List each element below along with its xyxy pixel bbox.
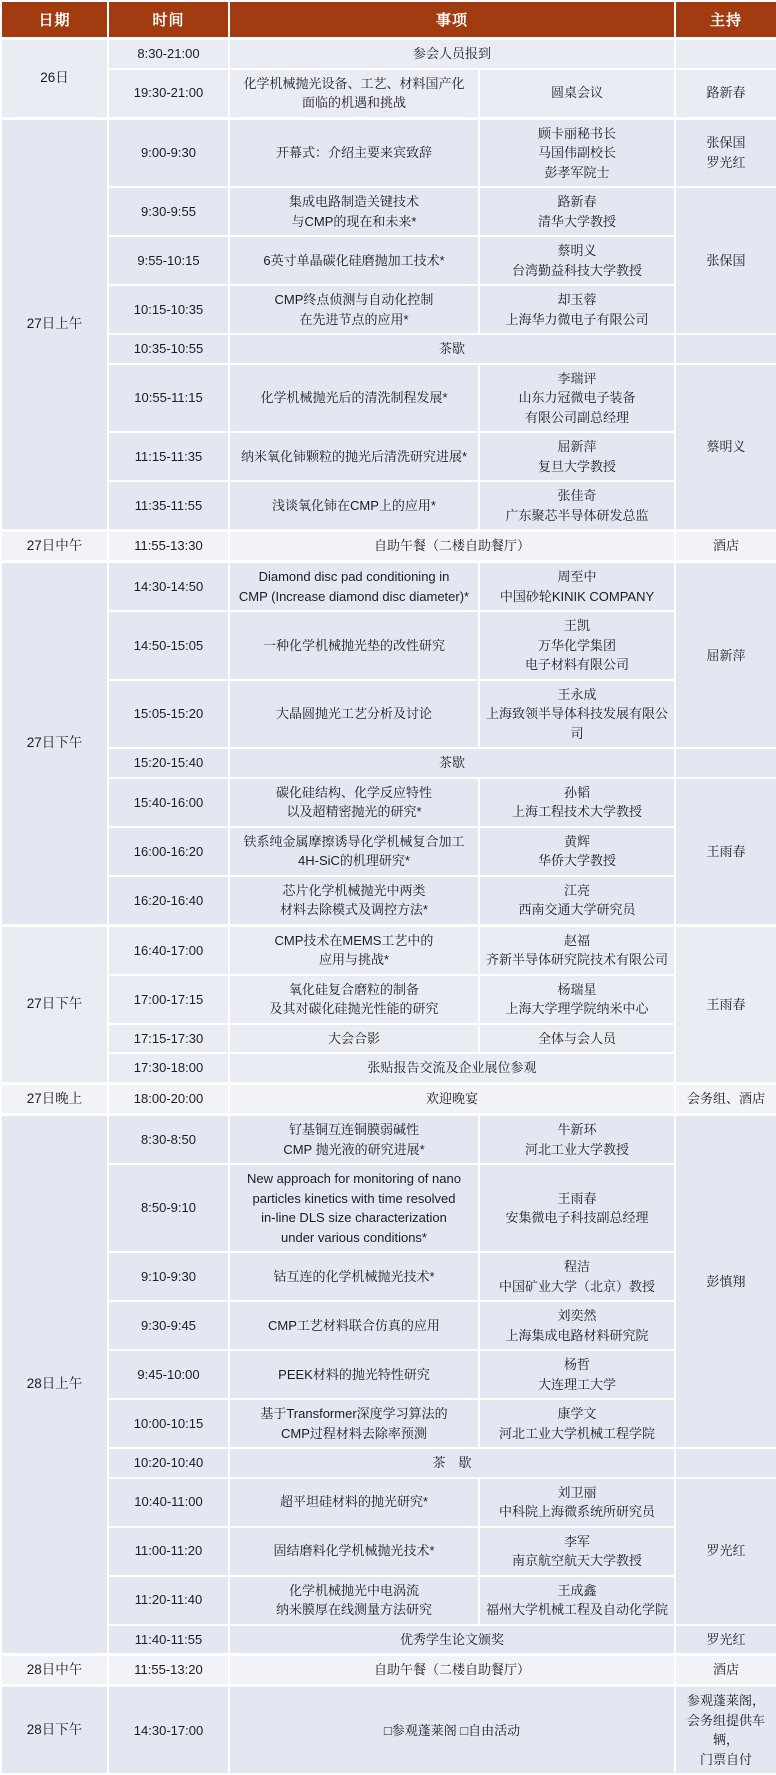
host-line: 张保国	[682, 251, 770, 271]
event-line: 优秀学生论文颁奖	[236, 1630, 668, 1650]
speaker-line: 中科院上海微系统所研究员	[486, 1502, 668, 1522]
host-line: 罗光红	[682, 153, 770, 173]
schedule-row: 11:35-11:55浅谈氧化铈在CMP上的应用*张佳奇广东聚芯半导体研发总监	[1, 481, 776, 531]
speaker-cell: 蔡明义台湾勤益科技大学教授	[479, 236, 675, 285]
time-cell: 10:35-10:55	[108, 334, 229, 364]
schedule-row: 15:20-15:40茶歇	[1, 748, 776, 778]
event-cell: 一种化学机械抛光垫的改性研究	[229, 611, 479, 680]
schedule-row: 10:00-10:15基于Transformer深度学习算法的CMP过程材料去除…	[1, 1399, 776, 1448]
column-header-event: 事项	[229, 1, 675, 39]
time-cell: 11:20-11:40	[108, 1576, 229, 1625]
speaker-cell: 黄辉华侨大学教授	[479, 827, 675, 876]
event-line: 自助午餐（二楼自助餐厅）	[236, 1660, 668, 1680]
schedule-row: 9:30-9:45CMP工艺材料联合仿真的应用刘奕然上海集成电路材料研究院	[1, 1301, 776, 1350]
date-cell: 28日中午	[1, 1655, 108, 1686]
speaker-cell: 王雨春安集微电子科技副总经理	[479, 1164, 675, 1252]
speaker-line: 中国矿业大学（北京）教授	[486, 1277, 668, 1297]
speaker-line: 顾卡丽秘书长	[486, 124, 668, 144]
speaker-line: 杨瑞星	[486, 980, 668, 1000]
event-line: 化学机械抛光中电涡流	[236, 1581, 472, 1601]
time-cell: 15:20-15:40	[108, 748, 229, 778]
host-cell: 酒店	[675, 1655, 776, 1686]
speaker-line: 江亮	[486, 881, 668, 901]
host-line: 王雨春	[682, 842, 770, 862]
host-line: 张保国	[682, 133, 770, 153]
speaker-cell: 刘卫丽中科院上海微系统所研究员	[479, 1478, 675, 1527]
event-line: 张贴报告交流及企业展位参观	[236, 1058, 668, 1078]
host-cell: 罗光红	[675, 1625, 776, 1655]
schedule-row: 16:20-16:40芯片化学机械抛光中两类材料去除模式及调控方法*江亮西南交通…	[1, 876, 776, 926]
time-cell: 17:15-17:30	[108, 1024, 229, 1054]
host-cell: 罗光红	[675, 1478, 776, 1625]
time-cell: 15:40-16:00	[108, 778, 229, 827]
event-cell: 集成电路制造关键技术与CMP的现在和未来*	[229, 187, 479, 236]
column-header-date: 日期	[1, 1, 108, 39]
event-cell: 茶歇	[229, 748, 675, 778]
host-line: 王雨春	[682, 995, 770, 1015]
event-cell: 欢迎晚宴	[229, 1083, 675, 1114]
event-line: New approach for monitoring of nano	[236, 1169, 472, 1189]
event-line: 碳化硅结构、化学反应特性	[236, 783, 472, 803]
date-cell: 27日下午	[1, 925, 108, 1083]
speaker-line: 南京航空航天大学教授	[486, 1551, 668, 1571]
host-cell: 屈新萍	[675, 562, 776, 749]
event-line: 钴互连的化学机械抛光技术*	[236, 1267, 472, 1287]
time-cell: 17:30-18:00	[108, 1053, 229, 1083]
time-cell: 8:50-9:10	[108, 1164, 229, 1252]
speaker-line: 福州大学机械工程及自动化学院	[486, 1600, 668, 1620]
speaker-line: 蔡明义	[486, 241, 668, 261]
speaker-line: 有限公司副总经理	[486, 408, 668, 428]
table-header: 日期 时间 事项 主持	[1, 1, 776, 39]
host-line: 罗光红	[682, 1541, 770, 1561]
header-row: 日期 时间 事项 主持	[1, 1, 776, 39]
host-line: 会务组、酒店	[682, 1089, 770, 1109]
speaker-cell: 王凯万华化学集团电子材料有限公司	[479, 611, 675, 680]
event-line: CMP (Increase diamond disc diameter)*	[236, 587, 472, 607]
event-line: 浅谈氧化铈在CMP上的应用*	[236, 496, 472, 516]
speaker-cell: 周至中中国砂轮KINIK COMPANY	[479, 562, 675, 612]
speaker-line: 上海致领半导体科技发展有限公司	[486, 704, 668, 743]
speaker-line: 杨哲	[486, 1355, 668, 1375]
schedule-row: 27日下午16:40-17:00CMP技术在MEMS工艺中的应用与挑战*赵福齐新…	[1, 925, 776, 975]
event-cell: 自助午餐（二楼自助餐厅）	[229, 1655, 675, 1686]
speaker-line: 刘奕然	[486, 1306, 668, 1326]
schedule-row: 11:00-11:20固结磨料化学机械抛光技术*李军南京航空航天大学教授	[1, 1527, 776, 1576]
speaker-cell: 却玉蓉上海华力微电子有限公司	[479, 285, 675, 334]
event-cell: 氧化硅复合磨粒的制备及其对碳化硅抛光性能的研究	[229, 975, 479, 1024]
event-cell: 参会人员报到	[229, 39, 675, 69]
event-line: CMP 抛光液的研究进展*	[236, 1140, 472, 1160]
schedule-row: 10:15-10:35CMP终点侦测与自动化控制在先进节点的应用*却玉蓉上海华力…	[1, 285, 776, 334]
event-cell: 钴互连的化学机械抛光技术*	[229, 1252, 479, 1301]
speaker-cell: 孙韬上海工程技术大学教授	[479, 778, 675, 827]
host-cell: 王雨春	[675, 925, 776, 1083]
event-cell: 6英寸单晶碳化硅磨抛加工技术*	[229, 236, 479, 285]
event-line: 纳米膜厚在线测量方法研究	[236, 1600, 472, 1620]
event-line: 氧化硅复合磨粒的制备	[236, 980, 472, 1000]
column-header-host: 主持	[675, 1, 776, 39]
speaker-line: 李瑞评	[486, 369, 668, 389]
schedule-row: 9:30-9:55集成电路制造关键技术与CMP的现在和未来*路新春清华大学教授张…	[1, 187, 776, 236]
host-line: 酒店	[682, 1660, 770, 1680]
host-cell: 蔡明义	[675, 364, 776, 531]
speaker-line: 台湾勤益科技大学教授	[486, 261, 668, 281]
speaker-line: 上海大学理学院纳米中心	[486, 999, 668, 1019]
speaker-line: 刘卫丽	[486, 1483, 668, 1503]
event-cell: 浅谈氧化铈在CMP上的应用*	[229, 481, 479, 531]
event-cell: 自助午餐（二楼自助餐厅）	[229, 531, 675, 562]
host-line: 参观蓬莱阁，	[682, 1691, 770, 1711]
speaker-cell: 刘奕然上海集成电路材料研究院	[479, 1301, 675, 1350]
date-cell: 27日下午	[1, 562, 108, 926]
speaker-line: 山东力冠微电子装备	[486, 388, 668, 408]
speaker-line: 牛新环	[486, 1120, 668, 1140]
event-line: PEEK材料的抛光特性研究	[236, 1365, 472, 1385]
event-line: 6英寸单晶碳化硅磨抛加工技术*	[236, 251, 472, 271]
speaker-line: 王成鑫	[486, 1581, 668, 1601]
schedule-row: 17:15-17:30大会合影全体与会人员	[1, 1024, 776, 1054]
event-line: 钌基铜互连铜膜弱碱性	[236, 1120, 472, 1140]
speaker-line: 广东聚芯半导体研发总监	[486, 506, 668, 526]
event-line: 以及超精密抛光的研究*	[236, 802, 472, 822]
speaker-line: 齐新半导体研究院技术有限公司	[486, 950, 668, 970]
speaker-line: 中国砂轮KINIK COMPANY	[486, 587, 668, 607]
schedule-row: 10:35-10:55茶歇	[1, 334, 776, 364]
time-cell: 11:00-11:20	[108, 1527, 229, 1576]
time-cell: 14:30-14:50	[108, 562, 229, 612]
event-line: □参观蓬莱阁 □自由活动	[236, 1721, 668, 1741]
event-cell: 基于Transformer深度学习算法的CMP过程材料去除率预测	[229, 1399, 479, 1448]
speaker-cell: 杨哲大连理工大学	[479, 1350, 675, 1399]
schedule-row: 27日上午9:00-9:30开幕式：介绍主要来宾致辞顾卡丽秘书长马国伟副校长彭孝…	[1, 118, 776, 187]
schedule-body: 26日8:30-21:00参会人员报到19:30-21:00化学机械抛光设备、工…	[1, 39, 776, 1775]
host-cell: 彭慎翔	[675, 1115, 776, 1449]
speaker-cell: 屈新萍复旦大学教授	[479, 432, 675, 481]
event-cell: 茶 歇	[229, 1448, 675, 1478]
event-line: 在先进节点的应用*	[236, 310, 472, 330]
speaker-line: 华侨大学教授	[486, 851, 668, 871]
speaker-line: 周至中	[486, 567, 668, 587]
schedule-row: 8:50-9:10New approach for monitoring of …	[1, 1164, 776, 1252]
event-line: 参会人员报到	[236, 44, 668, 64]
speaker-cell: 康学文河北工业大学机械工程学院	[479, 1399, 675, 1448]
speaker-cell: 江亮西南交通大学研究员	[479, 876, 675, 926]
event-cell: 开幕式：介绍主要来宾致辞	[229, 118, 479, 187]
time-cell: 11:40-11:55	[108, 1625, 229, 1655]
schedule-row: 9:55-10:156英寸单晶碳化硅磨抛加工技术*蔡明义台湾勤益科技大学教授	[1, 236, 776, 285]
speaker-line: 王永成	[486, 685, 668, 705]
speaker-line: 河北工业大学教授	[486, 1140, 668, 1160]
event-line: 开幕式：介绍主要来宾致辞	[236, 143, 472, 163]
host-line: 门票自付	[682, 1750, 770, 1770]
time-cell: 16:20-16:40	[108, 876, 229, 926]
time-cell: 18:00-20:00	[108, 1083, 229, 1114]
speaker-line: 康学文	[486, 1404, 668, 1424]
time-cell: 10:20-10:40	[108, 1448, 229, 1478]
event-line: 大会合影	[236, 1029, 472, 1049]
time-cell: 11:55-13:30	[108, 531, 229, 562]
speaker-line: 路新春	[486, 192, 668, 212]
schedule-row: 27日中午11:55-13:30自助午餐（二楼自助餐厅）酒店	[1, 531, 776, 562]
speaker-line: 西南交通大学研究员	[486, 900, 668, 920]
schedule-row: 27日晚上18:00-20:00欢迎晚宴会务组、酒店	[1, 1083, 776, 1114]
event-line: 面临的机遇和挑战	[236, 93, 472, 113]
speaker-line: 全体与会人员	[486, 1029, 668, 1049]
event-line: 材料去除模式及调控方法*	[236, 900, 472, 920]
speaker-line: 王雨春	[486, 1189, 668, 1209]
event-cell: CMP工艺材料联合仿真的应用	[229, 1301, 479, 1350]
speaker-line: 安集微电子科技副总经理	[486, 1208, 668, 1228]
schedule-row: 19:30-21:00化学机械抛光设备、工艺、材料国产化面临的机遇和挑战圆桌会议…	[1, 69, 776, 119]
event-line: in-line DLS size characterization	[236, 1208, 472, 1228]
time-cell: 10:55-11:15	[108, 364, 229, 433]
schedule-row: 14:50-15:05一种化学机械抛光垫的改性研究王凯万华化学集团电子材料有限公…	[1, 611, 776, 680]
schedule-row: 11:20-11:40化学机械抛光中电涡流纳米膜厚在线测量方法研究王成鑫福州大学…	[1, 1576, 776, 1625]
date-cell: 27日晚上	[1, 1083, 108, 1114]
schedule-row: 17:30-18:00张贴报告交流及企业展位参观	[1, 1053, 776, 1083]
event-cell: 张贴报告交流及企业展位参观	[229, 1053, 675, 1083]
event-line: CMP终点侦测与自动化控制	[236, 290, 472, 310]
date-cell: 28日上午	[1, 1115, 108, 1655]
event-line: CMP技术在MEMS工艺中的	[236, 931, 472, 951]
speaker-cell: 李瑞评山东力冠微电子装备有限公司副总经理	[479, 364, 675, 433]
schedule-row: 10:40-11:00超平坦硅材料的抛光研究*刘卫丽中科院上海微系统所研究员罗光…	[1, 1478, 776, 1527]
schedule-row: 27日下午14:30-14:50Diamond disc pad conditi…	[1, 562, 776, 612]
event-cell: 茶歇	[229, 334, 675, 364]
event-cell: 化学机械抛光后的清洗制程发展*	[229, 364, 479, 433]
event-line: 茶 歇	[236, 1453, 668, 1473]
event-cell: CMP技术在MEMS工艺中的应用与挑战*	[229, 925, 479, 975]
date-cell: 28日下午	[1, 1686, 108, 1775]
speaker-line: 彭孝军院士	[486, 163, 668, 183]
speaker-line: 河北工业大学机械工程学院	[486, 1424, 668, 1444]
event-cell: 固结磨料化学机械抛光技术*	[229, 1527, 479, 1576]
speaker-line: 孙韬	[486, 783, 668, 803]
host-cell: 酒店	[675, 531, 776, 562]
speaker-line: 王凯	[486, 616, 668, 636]
time-cell: 9:45-10:00	[108, 1350, 229, 1399]
speaker-line: 大连理工大学	[486, 1375, 668, 1395]
schedule-row: 9:10-9:30钴互连的化学机械抛光技术*程洁中国矿业大学（北京）教授	[1, 1252, 776, 1301]
event-cell: New approach for monitoring of nanoparti…	[229, 1164, 479, 1252]
event-line: 茶歇	[236, 339, 668, 359]
host-cell	[675, 334, 776, 364]
time-cell: 9:10-9:30	[108, 1252, 229, 1301]
speaker-line: 马国伟副校长	[486, 143, 668, 163]
host-line: 蔡明义	[682, 437, 770, 457]
event-cell: 大晶圆抛光工艺分析及讨论	[229, 680, 479, 749]
event-cell: 大会合影	[229, 1024, 479, 1054]
host-line: 彭慎翔	[682, 1272, 770, 1292]
speaker-cell: 王成鑫福州大学机械工程及自动化学院	[479, 1576, 675, 1625]
speaker-cell: 牛新环河北工业大学教授	[479, 1115, 675, 1165]
speaker-cell: 张佳奇广东聚芯半导体研发总监	[479, 481, 675, 531]
schedule-row: 28日上午8:30-8:50钌基铜互连铜膜弱碱性CMP 抛光液的研究进展*牛新环…	[1, 1115, 776, 1165]
time-cell: 8:30-8:50	[108, 1115, 229, 1165]
event-line: 欢迎晚宴	[236, 1089, 668, 1109]
event-line: 应用与挑战*	[236, 950, 472, 970]
event-line: 铁系纯金属摩擦诱导化学机械复合加工	[236, 832, 472, 852]
event-cell: 纳米氧化铈颗粒的抛光后清洗研究进展*	[229, 432, 479, 481]
time-cell: 15:05-15:20	[108, 680, 229, 749]
event-cell: 钌基铜互连铜膜弱碱性CMP 抛光液的研究进展*	[229, 1115, 479, 1165]
event-line: 固结磨料化学机械抛光技术*	[236, 1541, 472, 1561]
speaker-cell: 程洁中国矿业大学（北京）教授	[479, 1252, 675, 1301]
event-cell: 芯片化学机械抛光中两类材料去除模式及调控方法*	[229, 876, 479, 926]
date-cell: 27日中午	[1, 531, 108, 562]
speaker-line: 程洁	[486, 1257, 668, 1277]
host-line: 路新春	[682, 83, 770, 103]
event-line: 大晶圆抛光工艺分析及讨论	[236, 704, 472, 724]
event-cell: □参观蓬莱阁 □自由活动	[229, 1686, 675, 1775]
speaker-line: 圆桌会议	[486, 83, 668, 103]
event-line: 纳米氧化铈颗粒的抛光后清洗研究进展*	[236, 447, 472, 467]
host-cell: 张保国	[675, 187, 776, 334]
time-cell: 9:55-10:15	[108, 236, 229, 285]
event-line: CMP过程材料去除率预测	[236, 1424, 472, 1444]
speaker-cell: 王永成上海致领半导体科技发展有限公司	[479, 680, 675, 749]
host-cell: 张保国罗光红	[675, 118, 776, 187]
schedule-row: 26日8:30-21:00参会人员报到	[1, 39, 776, 69]
speaker-line: 复旦大学教授	[486, 457, 668, 477]
time-cell: 16:00-16:20	[108, 827, 229, 876]
time-cell: 14:50-15:05	[108, 611, 229, 680]
event-line: 超平坦硅材料的抛光研究*	[236, 1492, 472, 1512]
schedule-row: 9:45-10:00PEEK材料的抛光特性研究杨哲大连理工大学	[1, 1350, 776, 1399]
speaker-cell: 赵福齐新半导体研究院技术有限公司	[479, 925, 675, 975]
time-cell: 10:40-11:00	[108, 1478, 229, 1527]
schedule-row: 11:15-11:35纳米氧化铈颗粒的抛光后清洗研究进展*屈新萍复旦大学教授	[1, 432, 776, 481]
event-cell: 化学机械抛光中电涡流纳米膜厚在线测量方法研究	[229, 1576, 479, 1625]
time-cell: 10:00-10:15	[108, 1399, 229, 1448]
event-line: 芯片化学机械抛光中两类	[236, 881, 472, 901]
event-line: 4H-SiC的机理研究*	[236, 851, 472, 871]
event-line: 及其对碳化硅抛光性能的研究	[236, 999, 472, 1019]
speaker-cell: 顾卡丽秘书长马国伟副校长彭孝军院士	[479, 118, 675, 187]
speaker-line: 上海工程技术大学教授	[486, 802, 668, 822]
event-cell: 铁系纯金属摩擦诱导化学机械复合加工4H-SiC的机理研究*	[229, 827, 479, 876]
time-cell: 8:30-21:00	[108, 39, 229, 69]
schedule-row: 11:40-11:55优秀学生论文颁奖罗光红	[1, 1625, 776, 1655]
event-line: 一种化学机械抛光垫的改性研究	[236, 636, 472, 656]
event-line: 化学机械抛光后的清洗制程发展*	[236, 388, 472, 408]
event-line: Diamond disc pad conditioning in	[236, 567, 472, 587]
event-line: CMP工艺材料联合仿真的应用	[236, 1316, 472, 1336]
host-cell	[675, 1448, 776, 1478]
event-cell: CMP终点侦测与自动化控制在先进节点的应用*	[229, 285, 479, 334]
event-line: under various conditions*	[236, 1228, 472, 1248]
speaker-line: 李军	[486, 1532, 668, 1552]
event-line: 基于Transformer深度学习算法的	[236, 1404, 472, 1424]
host-cell: 王雨春	[675, 778, 776, 926]
event-cell: 超平坦硅材料的抛光研究*	[229, 1478, 479, 1527]
host-line: 酒店	[682, 536, 770, 556]
host-cell: 参观蓬莱阁，会务组提供车辆，门票自付	[675, 1686, 776, 1775]
speaker-cell: 路新春清华大学教授	[479, 187, 675, 236]
schedule-row: 10:20-10:40茶 歇	[1, 1448, 776, 1478]
speaker-cell: 李军南京航空航天大学教授	[479, 1527, 675, 1576]
time-cell: 16:40-17:00	[108, 925, 229, 975]
speaker-line: 张佳奇	[486, 486, 668, 506]
host-line: 屈新萍	[682, 646, 770, 666]
speaker-cell: 圆桌会议	[479, 69, 675, 119]
speaker-cell: 杨瑞星上海大学理学院纳米中心	[479, 975, 675, 1024]
speaker-line: 上海集成电路材料研究院	[486, 1326, 668, 1346]
event-line: 化学机械抛光设备、工艺、材料国产化	[236, 74, 472, 94]
time-cell: 11:15-11:35	[108, 432, 229, 481]
schedule-table: 日期 时间 事项 主持 26日8:30-21:00参会人员报到19:30-21:…	[0, 0, 776, 1775]
event-cell: PEEK材料的抛光特性研究	[229, 1350, 479, 1399]
speaker-line: 黄辉	[486, 832, 668, 852]
speaker-line: 却玉蓉	[486, 290, 668, 310]
column-header-time: 时间	[108, 1, 229, 39]
schedule-row: 17:00-17:15氧化硅复合磨粒的制备及其对碳化硅抛光性能的研究杨瑞星上海大…	[1, 975, 776, 1024]
time-cell: 9:30-9:55	[108, 187, 229, 236]
schedule-row: 10:55-11:15化学机械抛光后的清洗制程发展*李瑞评山东力冠微电子装备有限…	[1, 364, 776, 433]
event-line: particles kinetics with time resolved	[236, 1189, 472, 1209]
event-line: 集成电路制造关键技术	[236, 192, 472, 212]
conference-schedule-page: 日期 时间 事项 主持 26日8:30-21:00参会人员报到19:30-21:…	[0, 0, 776, 1775]
speaker-line: 赵福	[486, 931, 668, 951]
host-cell	[675, 748, 776, 778]
event-cell: 碳化硅结构、化学反应特性以及超精密抛光的研究*	[229, 778, 479, 827]
date-cell: 27日上午	[1, 118, 108, 531]
time-cell: 19:30-21:00	[108, 69, 229, 119]
time-cell: 14:30-17:00	[108, 1686, 229, 1775]
time-cell: 17:00-17:15	[108, 975, 229, 1024]
schedule-row: 28日中午11:55-13:20自助午餐（二楼自助餐厅）酒店	[1, 1655, 776, 1686]
host-cell	[675, 39, 776, 69]
time-cell: 9:30-9:45	[108, 1301, 229, 1350]
speaker-line: 万华化学集团	[486, 636, 668, 656]
event-line: 自助午餐（二楼自助餐厅）	[236, 536, 668, 556]
date-cell: 26日	[1, 39, 108, 119]
event-line: 茶歇	[236, 753, 668, 773]
schedule-row: 16:00-16:20铁系纯金属摩擦诱导化学机械复合加工4H-SiC的机理研究*…	[1, 827, 776, 876]
host-line: 罗光红	[682, 1630, 770, 1650]
time-cell: 11:55-13:20	[108, 1655, 229, 1686]
event-cell: Diamond disc pad conditioning inCMP (Inc…	[229, 562, 479, 612]
time-cell: 9:00-9:30	[108, 118, 229, 187]
time-cell: 10:15-10:35	[108, 285, 229, 334]
schedule-row: 15:40-16:00碳化硅结构、化学反应特性以及超精密抛光的研究*孙韬上海工程…	[1, 778, 776, 827]
speaker-cell: 全体与会人员	[479, 1024, 675, 1054]
schedule-row: 28日下午14:30-17:00□参观蓬莱阁 □自由活动参观蓬莱阁，会务组提供车…	[1, 1686, 776, 1775]
event-cell: 优秀学生论文颁奖	[229, 1625, 675, 1655]
host-cell: 会务组、酒店	[675, 1083, 776, 1114]
speaker-line: 清华大学教授	[486, 212, 668, 232]
event-line: 与CMP的现在和未来*	[236, 212, 472, 232]
speaker-line: 电子材料有限公司	[486, 655, 668, 675]
time-cell: 11:35-11:55	[108, 481, 229, 531]
host-line: 会务组提供车辆，	[682, 1711, 770, 1750]
speaker-line: 屈新萍	[486, 437, 668, 457]
host-cell: 路新春	[675, 69, 776, 119]
event-cell: 化学机械抛光设备、工艺、材料国产化面临的机遇和挑战	[229, 69, 479, 119]
speaker-line: 上海华力微电子有限公司	[486, 310, 668, 330]
schedule-row: 15:05-15:20大晶圆抛光工艺分析及讨论王永成上海致领半导体科技发展有限公…	[1, 680, 776, 749]
